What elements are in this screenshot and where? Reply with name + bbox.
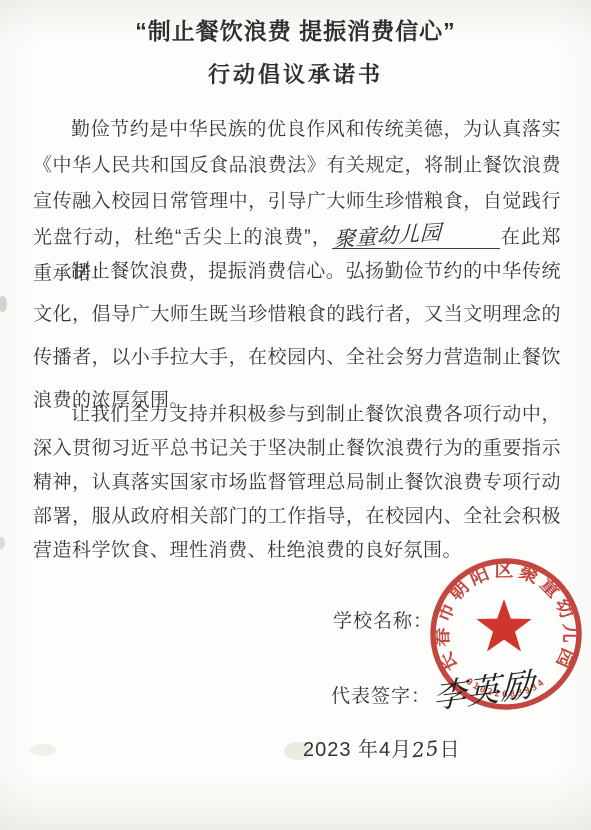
school-name-label: 学校名称： bbox=[333, 606, 433, 633]
date-line: 2023 年4月25日 bbox=[303, 733, 461, 762]
date-suffix: 日 bbox=[440, 739, 461, 761]
scanned-pledge-document: “制止餐饮浪费 提振消费信心” 行动倡议承诺书 勤俭节约是中华民族的优良作风和传… bbox=[0, 0, 591, 830]
seal-star-icon bbox=[476, 599, 531, 652]
representative-label: 代表签字： bbox=[331, 686, 431, 707]
date-day-handwriting: 25 bbox=[411, 736, 441, 763]
representative-signature-line: 代表签字：李英励 bbox=[331, 665, 535, 712]
date-prefix: 2023 年4月 bbox=[303, 739, 412, 761]
representative-signature-handwriting: 李英励 bbox=[433, 659, 535, 719]
signature-section: 学校名称： 代表签字：李英励 长春市朝阳区聚童幼儿园 01022683934 2… bbox=[0, 0, 591, 830]
